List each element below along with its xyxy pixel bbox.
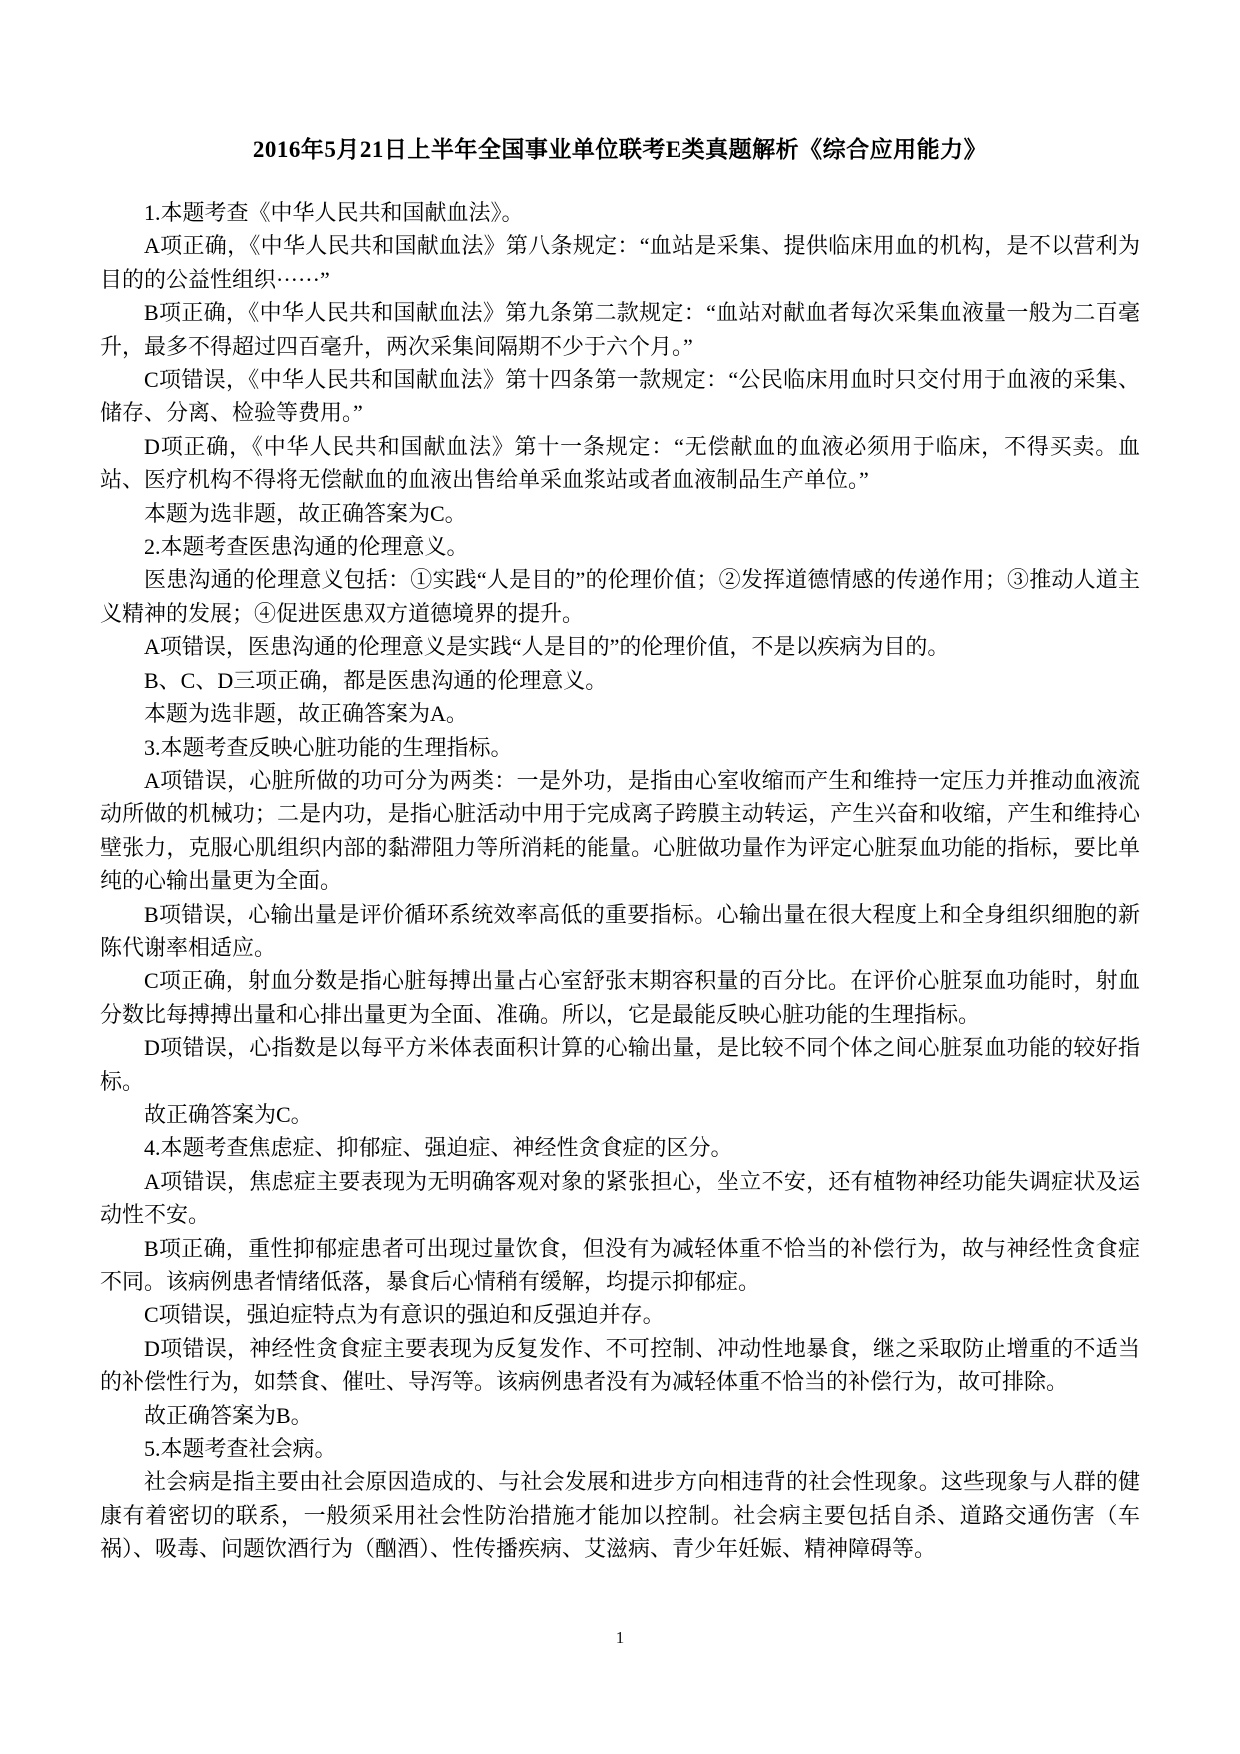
paragraph: 4.本题考查焦虑症、抑郁症、强迫症、神经性贪食症的区分。 (100, 1131, 1140, 1164)
paragraph: A项错误，医患沟通的伦理意义是实践“人是目的”的伦理价值，不是以疾病为目的。 (100, 630, 1140, 663)
paragraph: C项正确，射血分数是指心脏每搏出量占心室舒张末期容积量的百分比。在评价心脏泵血功… (100, 964, 1140, 1031)
paragraph: B项正确，重性抑郁症患者可出现过量饮食，但没有为减轻体重不恰当的补偿行为，故与神… (100, 1232, 1140, 1299)
paragraph: 本题为选非题，故正确答案为C。 (100, 497, 1140, 530)
paragraph: B、C、D三项正确，都是医患沟通的伦理意义。 (100, 664, 1140, 697)
paragraph: B项错误，心输出量是评价循环系统效率高低的重要指标。心输出量在很大程度上和全身组… (100, 898, 1140, 965)
paragraph: 故正确答案为C。 (100, 1098, 1140, 1131)
paragraph: 2.本题考查医患沟通的伦理意义。 (100, 530, 1140, 563)
paragraph: B项正确，《中华人民共和国献血法》第九条第二款规定：“血站对献血者每次采集血液量… (100, 296, 1140, 363)
paragraph: A项正确，《中华人民共和国献血法》第八条规定：“血站是采集、提供临床用血的机构，… (100, 229, 1140, 296)
paragraph: 3.本题考查反映心脏功能的生理指标。 (100, 731, 1140, 764)
paragraph: 故正确答案为B。 (100, 1399, 1140, 1432)
paragraph: D项正确，《中华人民共和国献血法》第十一条规定：“无偿献血的血液必须用于临床，不… (100, 430, 1140, 497)
paragraph: A项错误，焦虑症主要表现为无明确客观对象的紧张担心，坐立不安，还有植物神经功能失… (100, 1165, 1140, 1232)
page-number: 1 (616, 1628, 625, 1647)
document-body: 1.本题考查《中华人民共和国献血法》。A项正确，《中华人民共和国献血法》第八条规… (100, 196, 1140, 1566)
paragraph: 5.本题考查社会病。 (100, 1432, 1140, 1465)
paragraph: A项错误，心脏所做的功可分为两类：一是外功，是指由心室收缩而产生和维持一定压力并… (100, 764, 1140, 898)
document-title: 2016年5月21日上半年全国事业单位联考E类真题解析《综合应用能力》 (0, 133, 1240, 166)
paragraph: D项错误，心指数是以每平方米体表面积计算的心输出量，是比较不同个体之间心脏泵血功… (100, 1031, 1140, 1098)
paragraph: 医患沟通的伦理意义包括：①实践“人是目的”的伦理价值；②发挥道德情感的传递作用；… (100, 563, 1140, 630)
paragraph: 社会病是指主要由社会原因造成的、与社会发展和进步方向相违背的社会性现象。这些现象… (100, 1465, 1140, 1565)
paragraph: C项错误，《中华人民共和国献血法》第十四条第一款规定：“公民临床用血时只交付用于… (100, 363, 1140, 430)
paragraph: 本题为选非题，故正确答案为A。 (100, 697, 1140, 730)
paragraph: C项错误，强迫症特点为有意识的强迫和反强迫并存。 (100, 1298, 1140, 1331)
paragraph: D项错误，神经性贪食症主要表现为反复发作、不可控制、冲动性地暴食，继之采取防止增… (100, 1332, 1140, 1399)
document-page: 2016年5月21日上半年全国事业单位联考E类真题解析《综合应用能力》 1.本题… (0, 0, 1240, 1754)
paragraph: 1.本题考查《中华人民共和国献血法》。 (100, 196, 1140, 229)
page-footer: 1 (0, 1628, 1240, 1648)
